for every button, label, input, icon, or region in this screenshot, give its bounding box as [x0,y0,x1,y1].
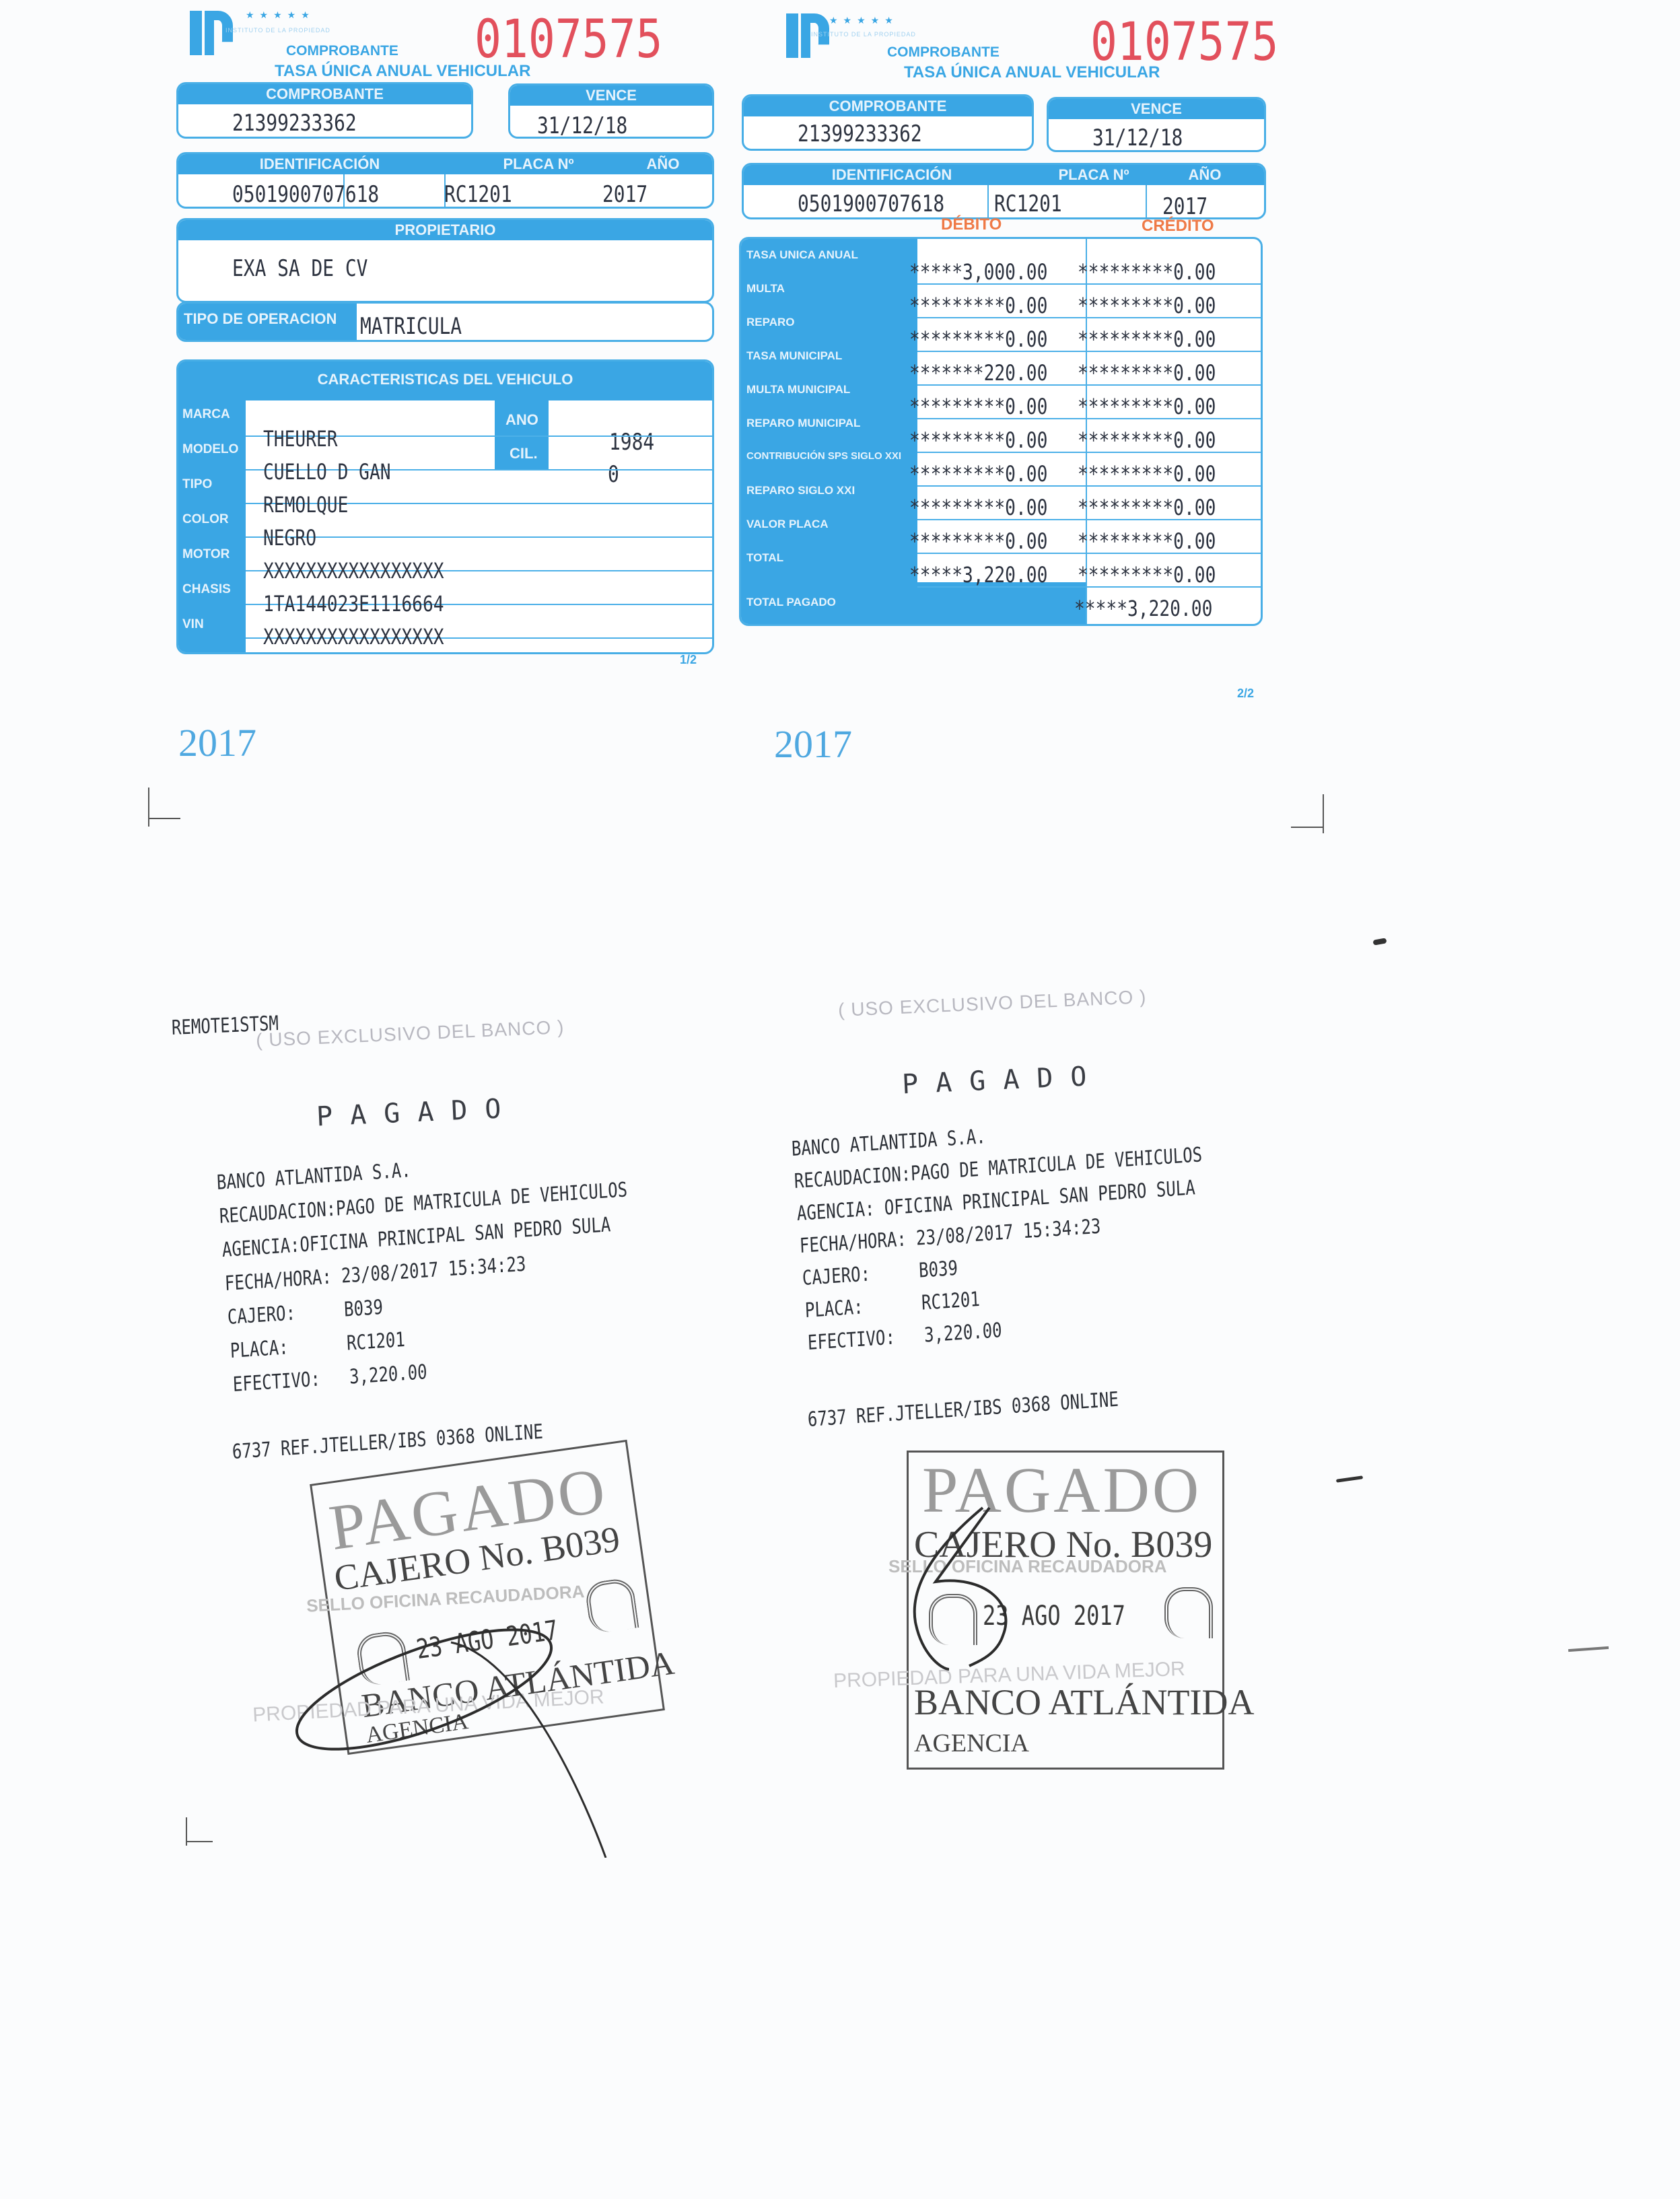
receipt-line: CAJERO: B039 [802,1257,958,1290]
right-bank-receipt: ( USO EXCLUSIVO DEL BANCO ) PAGADO BANCO… [0,0,1680,2199]
transaction-reference: 6737 REF.JTELLER/IBS 0368 ONLINE [807,1388,1119,1432]
bank-logo-icon [1164,1587,1213,1638]
receipt-line: PLACA: RC1201 [804,1288,980,1323]
bank-use-only: ( USO EXCLUSIVO DEL BANCO ) [838,986,1147,1021]
receipt-line: EFECTIVO: 3,220.00 [807,1319,1002,1355]
stamp-agencia: AGENCIA [914,1729,1029,1758]
paid-stamp: PAGADO CAJERO No. B039 23 AGO 2017 BANCO… [907,1451,1224,1770]
stamp-date: 23 AGO 2017 [983,1601,1125,1632]
stamp-status: PAGADO [922,1453,1201,1527]
receipt-line: BANCO ATLANTIDA S.A. [791,1125,986,1161]
paid-status: PAGADO [901,1060,1105,1100]
stamp-seal-caption: SELLO OFICINA RECAUDADORA [888,1556,1167,1577]
bank-logo-icon [929,1594,977,1645]
